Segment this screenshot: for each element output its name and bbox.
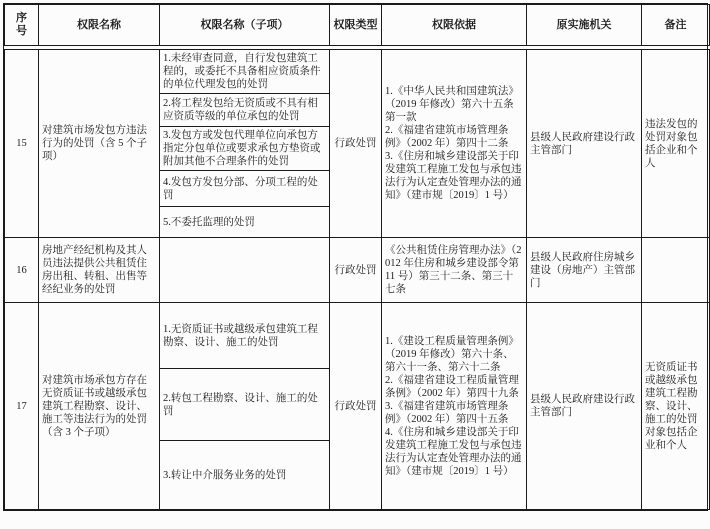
cell-seq: 16	[5, 238, 39, 303]
permissions-table-body: 15 对建筑市场发包方违法行为的处罚（含 5 个子项） 1.未经审查同意，自行发…	[4, 49, 710, 510]
cell-name: 房地产经纪机构及其人员违法提供公共租赁住房出租、转租、出售等经纪业务的处罚	[39, 238, 160, 303]
col-header-agency: 原实施机关	[527, 5, 642, 46]
cell-subitem	[160, 238, 330, 303]
permissions-table-header: 序号 权限名称 权限名称（子项） 权限类型 权限依据 原实施机关 备注	[4, 4, 710, 46]
col-header-name: 权限名称	[39, 5, 160, 46]
cell-agency: 县级人民政府建设行政主管部门	[527, 303, 642, 510]
col-header-remark: 备注	[642, 5, 710, 46]
table-row: 17 对建筑市场承包方存在无资质证书或越级承包建筑工程勘察、设计、施工等违法行为…	[5, 303, 710, 369]
document-sheet: 序号 权限名称 权限名称（子项） 权限类型 权限依据 原实施机关 备注	[0, 0, 710, 514]
col-header-seq: 序号	[5, 5, 39, 46]
cell-seq: 15	[5, 50, 39, 238]
cell-subitem: 3.发包方或发包代理单位向承包方指定分包单位或要求承包方垫资或附加其他不合理条件…	[160, 127, 330, 171]
cell-remark: 违法发包的处罚对象包括企业和个人	[642, 50, 710, 238]
cell-subitem: 2.将工程发包给无资质或不具有相应资质等级的单位承包的处罚	[160, 94, 330, 127]
cell-subitem: 2.转包工程勘察、设计、施工的处罚	[160, 369, 330, 441]
cell-agency: 县级人民政府住房城乡建设（房地产）主管部门	[527, 238, 642, 303]
cell-subitem: 3.转让中介服务业务的处罚	[160, 441, 330, 510]
cell-subitem: 4.发包方发包分部、分项工程的处罚	[160, 171, 330, 207]
table-row: 15 对建筑市场发包方违法行为的处罚（含 5 个子项） 1.未经审查同意，自行发…	[5, 50, 710, 94]
cell-agency: 县级人民政府建设行政主管部门	[527, 50, 642, 238]
cell-basis: 《公共租赁住房管理办法》（2012 年住房和城乡建设部令第 11 号）第三十二条…	[382, 238, 527, 303]
cell-subitem: 1.未经审查同意，自行发包建筑工程的，或委托不具备相应资质条件的单位代理发包的处…	[160, 50, 330, 94]
col-header-sub: 权限名称（子项）	[160, 5, 330, 46]
cell-subitem: 1.无资质证书或越级承包建筑工程勘察、设计、施工的处罚	[160, 303, 330, 369]
cell-seq: 17	[5, 303, 39, 510]
cell-remark	[642, 238, 710, 303]
cell-subitem: 5.不委托监理的处罚	[160, 207, 330, 238]
cell-type: 行政处罚	[330, 50, 382, 238]
col-header-basis: 权限依据	[382, 5, 527, 46]
permissions-table: 序号 权限名称 权限名称（子项） 权限类型 权限依据 原实施机关 备注	[3, 3, 708, 511]
header-row: 序号 权限名称 权限名称（子项） 权限类型 权限依据 原实施机关 备注	[5, 5, 710, 46]
cell-name: 对建筑市场承包方存在无资质证书或越级承包建筑工程勘察、设计、施工等违法行为的处罚…	[39, 303, 160, 510]
table-row: 16 房地产经纪机构及其人员违法提供公共租赁住房出租、转租、出售等经纪业务的处罚…	[5, 238, 710, 303]
cell-remark: 无资质证书或越级承包建筑工程勘察、设计、施工的处罚对象包括企业和个人	[642, 303, 710, 510]
cell-type: 行政处罚	[330, 303, 382, 510]
col-header-type: 权限类型	[330, 5, 382, 46]
cell-basis: 1.《中华人民共和国建筑法》（2019 年修改）第六十五条第一款 2.《福建省建…	[382, 50, 527, 238]
cell-name: 对建筑市场发包方违法行为的处罚（含 5 个子项）	[39, 50, 160, 238]
cell-type: 行政处罚	[330, 238, 382, 303]
cell-basis: 1.《建设工程质量管理条例》（2019 年修改）第六十条、第六十一条、第六十二条…	[382, 303, 527, 510]
